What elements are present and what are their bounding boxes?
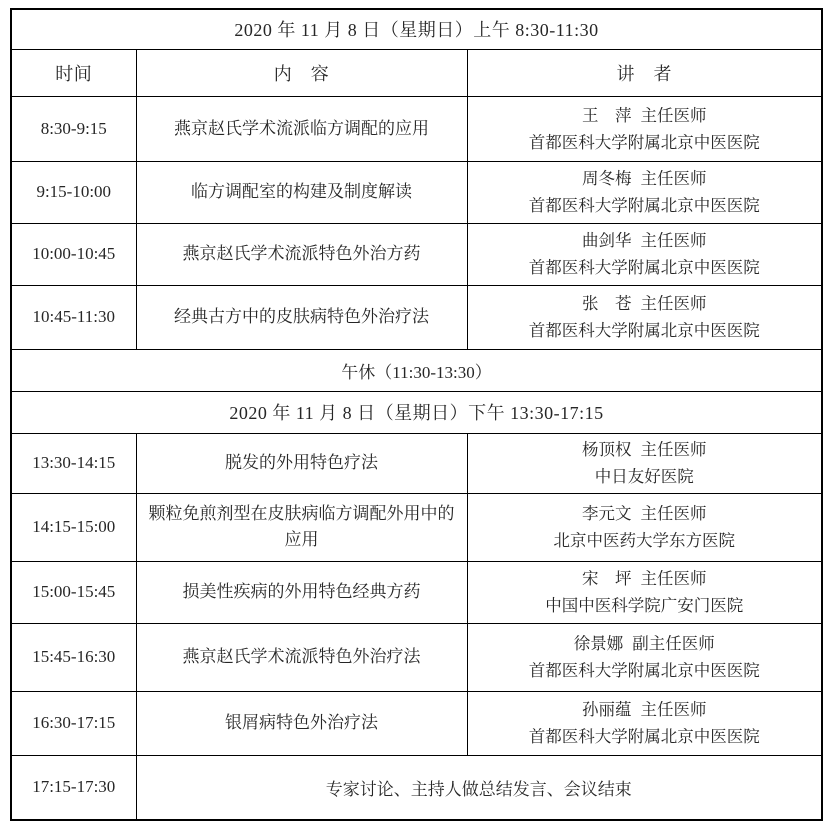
session-title-am: 2020 年 11 月 8 日（星期日）上午 8:30-11:30 [11, 9, 822, 49]
time-cell: 15:00-15:45 [11, 561, 136, 623]
time-cell: 10:45-11:30 [11, 285, 136, 349]
speaker-title: 主任医师 [641, 106, 707, 125]
time-cell: 13:30-14:15 [11, 433, 136, 493]
time-cell: 15:45-16:30 [11, 623, 136, 691]
speaker-name-line: 王 萍主任医师 [474, 102, 816, 129]
speaker-name: 杨顶权 [582, 440, 632, 459]
lunch-break-row: 午休（11:30-13:30） [11, 349, 822, 391]
column-header-time: 时间 [11, 49, 136, 96]
speaker-name-line: 徐景娜副主任医师 [474, 630, 816, 657]
speaker-org: 首都医科大学附属北京中医医院 [474, 129, 816, 156]
speaker-title: 副主任医师 [632, 634, 715, 653]
speaker-org: 首都医科大学附属北京中医医院 [474, 192, 816, 219]
topic-cell: 经典古方中的皮肤病特色外治疗法 [136, 285, 467, 349]
speaker-cell: 王 萍主任医师 首都医科大学附属北京中医医院 [467, 96, 822, 161]
speaker-name-line: 杨顶权主任医师 [474, 436, 816, 463]
speaker-org: 北京中医药大学东方医院 [474, 527, 816, 554]
column-header-content: 内 容 [136, 49, 467, 96]
agenda-row: 10:45-11:30 经典古方中的皮肤病特色外治疗法 张 苍主任医师 首都医科… [11, 285, 822, 349]
speaker-name-line: 孙丽蕴主任医师 [474, 696, 816, 723]
speaker-name-line: 曲剑华主任医师 [474, 227, 816, 254]
speaker-name: 王 萍 [582, 106, 632, 125]
speaker-name: 曲剑华 [582, 231, 632, 250]
time-cell: 17:15-17:30 [11, 755, 136, 820]
column-header-row: 时间 内 容 讲 者 [11, 49, 822, 96]
speaker-name-line: 张 苍主任医师 [474, 290, 816, 317]
agenda-row: 15:45-16:30 燕京赵氏学术流派特色外治疗法 徐景娜副主任医师 首都医科… [11, 623, 822, 691]
agenda-row: 10:00-10:45 燕京赵氏学术流派特色外治方药 曲剑华主任医师 首都医科大… [11, 223, 822, 285]
agenda-row: 13:30-14:15 脱发的外用特色疗法 杨顶权主任医师 中日友好医院 [11, 433, 822, 493]
conference-agenda: 2020 年 11 月 8 日（星期日）上午 8:30-11:30 时间 内 容… [10, 8, 823, 821]
speaker-org: 首都医科大学附属北京中医医院 [474, 254, 816, 281]
speaker-title: 主任医师 [641, 569, 707, 588]
speaker-name: 孙丽蕴 [582, 700, 632, 719]
speaker-title: 主任医师 [641, 169, 707, 188]
speaker-org: 首都医科大学附属北京中医医院 [474, 317, 816, 344]
speaker-name-line: 宋 坪主任医师 [474, 565, 816, 592]
time-cell: 9:15-10:00 [11, 161, 136, 223]
speaker-cell: 李元文主任医师 北京中医药大学东方医院 [467, 493, 822, 561]
session-header-pm: 2020 年 11 月 8 日（星期日）下午 13:30-17:15 [11, 391, 822, 433]
agenda-row: 8:30-9:15 燕京赵氏学术流派临方调配的应用 王 萍主任医师 首都医科大学… [11, 96, 822, 161]
speaker-cell: 张 苍主任医师 首都医科大学附属北京中医医院 [467, 285, 822, 349]
speaker-name: 宋 坪 [582, 569, 632, 588]
speaker-title: 主任医师 [641, 700, 707, 719]
topic-cell: 燕京赵氏学术流派临方调配的应用 [136, 96, 467, 161]
speaker-cell: 杨顶权主任医师 中日友好医院 [467, 433, 822, 493]
session-header-am: 2020 年 11 月 8 日（星期日）上午 8:30-11:30 [11, 9, 822, 49]
speaker-cell: 周冬梅主任医师 首都医科大学附属北京中医医院 [467, 161, 822, 223]
time-cell: 14:15-15:00 [11, 493, 136, 561]
speaker-cell: 宋 坪主任医师 中国中医科学院广安门医院 [467, 561, 822, 623]
speaker-cell: 徐景娜副主任医师 首都医科大学附属北京中医医院 [467, 623, 822, 691]
speaker-cell: 孙丽蕴主任医师 首都医科大学附属北京中医医院 [467, 691, 822, 755]
speaker-name: 李元文 [582, 504, 632, 523]
agenda-row: 9:15-10:00 临方调配室的构建及制度解读 周冬梅主任医师 首都医科大学附… [11, 161, 822, 223]
session-title-pm: 2020 年 11 月 8 日（星期日）下午 13:30-17:15 [11, 391, 822, 433]
speaker-org: 中国中医科学院广安门医院 [474, 592, 816, 619]
speaker-org: 中日友好医院 [474, 463, 816, 490]
speaker-name-line: 李元文主任医师 [474, 500, 816, 527]
speaker-cell: 曲剑华主任医师 首都医科大学附属北京中医医院 [467, 223, 822, 285]
column-header-speaker: 讲 者 [467, 49, 822, 96]
time-cell: 8:30-9:15 [11, 96, 136, 161]
speaker-name: 周冬梅 [582, 169, 632, 188]
time-cell: 10:00-10:45 [11, 223, 136, 285]
speaker-name: 徐景娜 [574, 634, 624, 653]
time-cell: 16:30-17:15 [11, 691, 136, 755]
topic-cell: 燕京赵氏学术流派特色外治疗法 [136, 623, 467, 691]
topic-cell: 银屑病特色外治疗法 [136, 691, 467, 755]
speaker-title: 主任医师 [641, 294, 707, 313]
topic-cell: 颗粒免煎剂型在皮肤病临方调配外用中的应用 [136, 493, 467, 561]
speaker-name: 张 苍 [582, 294, 632, 313]
speaker-org: 首都医科大学附属北京中医医院 [474, 657, 816, 684]
speaker-org: 首都医科大学附属北京中医医院 [474, 723, 816, 750]
speaker-name-line: 周冬梅主任医师 [474, 165, 816, 192]
lunch-break-label: 午休（11:30-13:30） [11, 349, 822, 391]
speaker-title: 主任医师 [641, 440, 707, 459]
closing-label: 专家讨论、主持人做总结发言、会议结束 [136, 755, 822, 820]
speaker-title: 主任医师 [641, 504, 707, 523]
agenda-table: 2020 年 11 月 8 日（星期日）上午 8:30-11:30 时间 内 容… [10, 8, 823, 821]
topic-cell: 损美性疾病的外用特色经典方药 [136, 561, 467, 623]
topic-cell: 脱发的外用特色疗法 [136, 433, 467, 493]
closing-row: 17:15-17:30 专家讨论、主持人做总结发言、会议结束 [11, 755, 822, 820]
agenda-row: 15:00-15:45 损美性疾病的外用特色经典方药 宋 坪主任医师 中国中医科… [11, 561, 822, 623]
topic-cell: 燕京赵氏学术流派特色外治方药 [136, 223, 467, 285]
agenda-row: 14:15-15:00 颗粒免煎剂型在皮肤病临方调配外用中的应用 李元文主任医师… [11, 493, 822, 561]
speaker-title: 主任医师 [641, 231, 707, 250]
topic-cell: 临方调配室的构建及制度解读 [136, 161, 467, 223]
agenda-row: 16:30-17:15 银屑病特色外治疗法 孙丽蕴主任医师 首都医科大学附属北京… [11, 691, 822, 755]
